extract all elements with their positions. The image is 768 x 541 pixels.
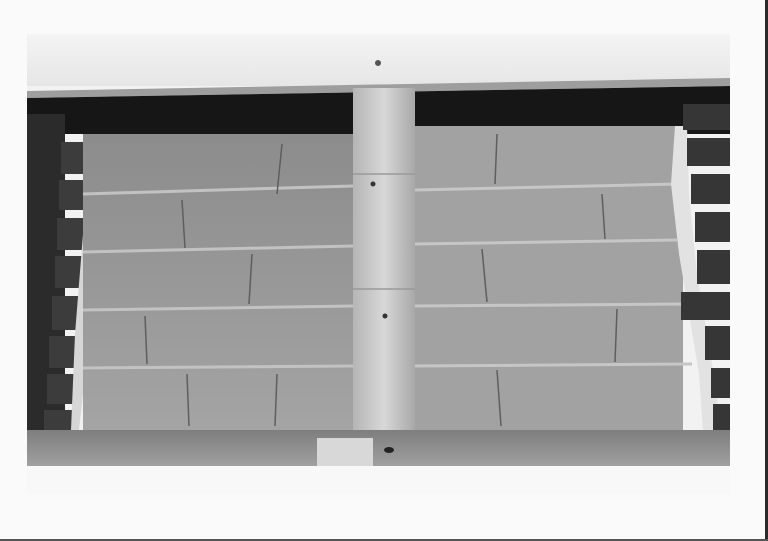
wooden-post xyxy=(353,88,415,430)
nail-head xyxy=(375,60,381,66)
upper-wall-area xyxy=(27,34,730,86)
post-nail xyxy=(371,182,376,187)
right-adobe-wall xyxy=(415,126,683,430)
sill-hole xyxy=(384,447,394,453)
photo-print xyxy=(0,0,768,541)
left-adobe-wall xyxy=(83,134,353,430)
photograph xyxy=(27,34,730,494)
wall-scene xyxy=(27,34,730,494)
sill-patch xyxy=(317,438,373,466)
wooden-sill xyxy=(27,430,730,466)
lower-wall-area xyxy=(27,466,730,494)
post-nail xyxy=(383,314,388,319)
